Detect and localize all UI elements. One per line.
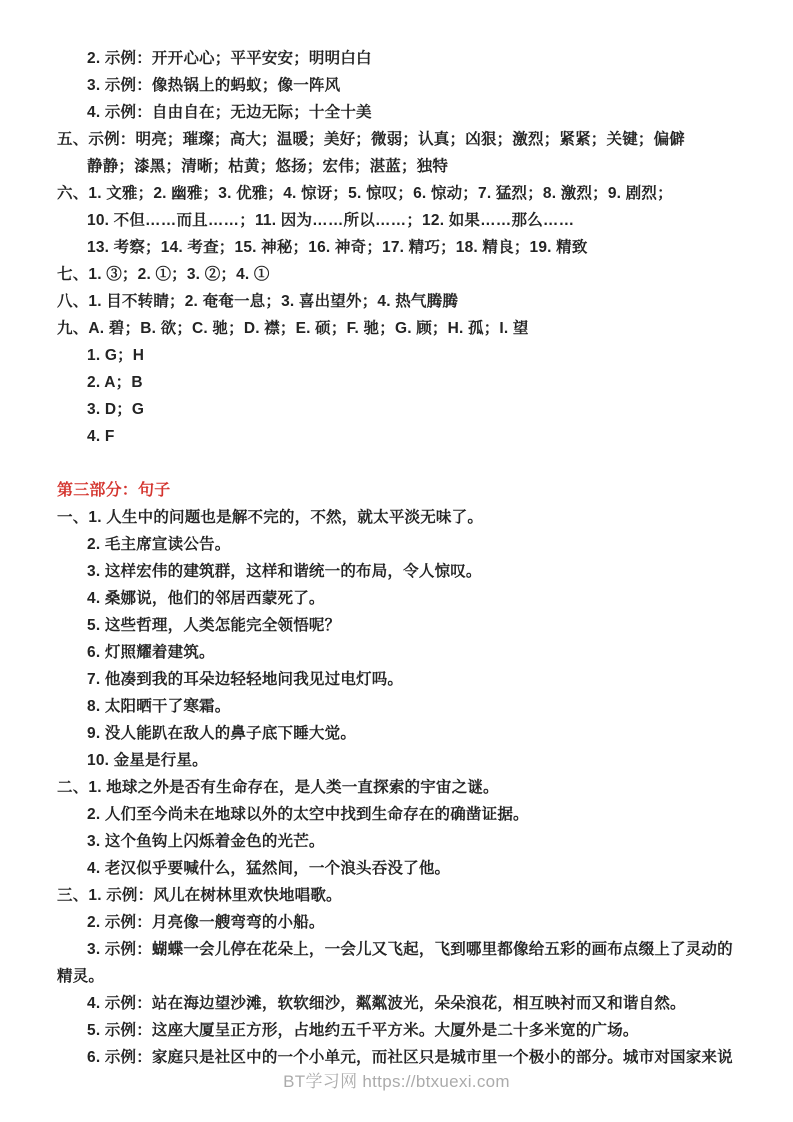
answer-line: 八、1. 目不转睛；2. 奄奄一息；3. 喜出望外；4. 热气腾腾 <box>0 288 793 315</box>
answer-line: 九、A. 碧；B. 欲；C. 驰；D. 襟；E. 硕；F. 驰；G. 顾；H. … <box>0 315 793 342</box>
answer-line: 6. 示例：家庭只是社区中的一个小单元，而社区只是城市里一个极小的部分。城市对国… <box>0 1044 793 1071</box>
answer-line: 7. 他凑到我的耳朵边轻轻地问我见过电灯吗。 <box>0 666 793 693</box>
answer-line: 精灵。 <box>0 963 793 990</box>
answer-line: 1. G；H <box>0 342 793 369</box>
answer-line: 2. 示例：开开心心；平平安安；明明白白 <box>0 45 793 72</box>
answer-line: 2. A；B <box>0 369 793 396</box>
answer-line: 2. 毛主席宣读公告。 <box>0 531 793 558</box>
answer-line: 三、1. 示例：风儿在树林里欢快地唱歌。 <box>0 882 793 909</box>
answer-line: 七、1. ③；2. ①；3. ②；4. ① <box>0 261 793 288</box>
answer-line: 4. 示例：自由自在；无边无际；十全十美 <box>0 99 793 126</box>
answer-line: 5. 这些哲理，人类怎能完全领悟呢？ <box>0 612 793 639</box>
answer-line: 3. D；G <box>0 396 793 423</box>
answer-line: 4. 示例：站在海边望沙滩，软软细沙，粼粼波光，朵朵浪花，相互映衬而又和谐自然。 <box>0 990 793 1017</box>
answer-line: 6. 灯照耀着建筑。 <box>0 639 793 666</box>
answer-line: 8. 太阳晒干了寒霜。 <box>0 693 793 720</box>
answer-line: 4. 老汉似乎要喊什么，猛然间，一个浪头吞没了他。 <box>0 855 793 882</box>
answer-line: 2. 人们至今尚未在地球以外的太空中找到生命存在的确凿证据。 <box>0 801 793 828</box>
answer-line: 3. 这个鱼钩上闪烁着金色的光芒。 <box>0 828 793 855</box>
answer-line: 六、1. 文雅；2. 幽雅；3. 优雅；4. 惊讶；5. 惊叹；6. 惊动；7.… <box>0 180 793 207</box>
answer-line: 五、示例：明亮；璀璨；高大；温暖；美好；微弱；认真；凶狠；激烈；紧紧；关键；偏僻 <box>0 126 793 153</box>
answer-line: 4. 桑娜说，他们的邻居西蒙死了。 <box>0 585 793 612</box>
answer-line: 13. 考察；14. 考查；15. 神秘；16. 神奇；17. 精巧；18. 精… <box>0 234 793 261</box>
document-lines: 2. 示例：开开心心；平平安安；明明白白3. 示例：像热锅上的蚂蚁；像一阵风4.… <box>0 45 793 1071</box>
answer-line: 静静；漆黑；清晰；枯黄；悠扬；宏伟；湛蓝；独特 <box>0 153 793 180</box>
answer-line: 二、1. 地球之外是否有生命存在，是人类一直探索的宇宙之谜。 <box>0 774 793 801</box>
answer-line: 3. 示例：蝴蝶一会儿停在花朵上，一会儿又飞起，飞到哪里都像给五彩的画布点缀上了… <box>0 936 793 963</box>
answer-line: 9. 没人能趴在敌人的鼻子底下睡大觉。 <box>0 720 793 747</box>
answer-line: 3. 示例：像热锅上的蚂蚁；像一阵风 <box>0 72 793 99</box>
answer-line: 一、1. 人生中的问题也是解不完的，不然，就太平淡无味了。 <box>0 504 793 531</box>
answer-line: 4. F <box>0 423 793 450</box>
answer-line: 3. 这样宏伟的建筑群，这样和谐统一的布局，令人惊叹。 <box>0 558 793 585</box>
answer-line: 2. 示例：月亮像一艘弯弯的小船。 <box>0 909 793 936</box>
section-heading: 第三部分：句子 <box>0 477 793 504</box>
footer-credit: BT学习网 https://btxuexi.com <box>0 1068 793 1095</box>
answer-line: 10. 金星是行星。 <box>0 747 793 774</box>
answer-line: 5. 示例：这座大厦呈正方形，占地约五千平方米。大厦外是二十多米宽的广场。 <box>0 1017 793 1044</box>
answer-key-page: 2. 示例：开开心心；平平安安；明明白白3. 示例：像热锅上的蚂蚁；像一阵风4.… <box>0 0 793 1122</box>
answer-line: 10. 不但……而且……；11. 因为……所以……；12. 如果……那么…… <box>0 207 793 234</box>
